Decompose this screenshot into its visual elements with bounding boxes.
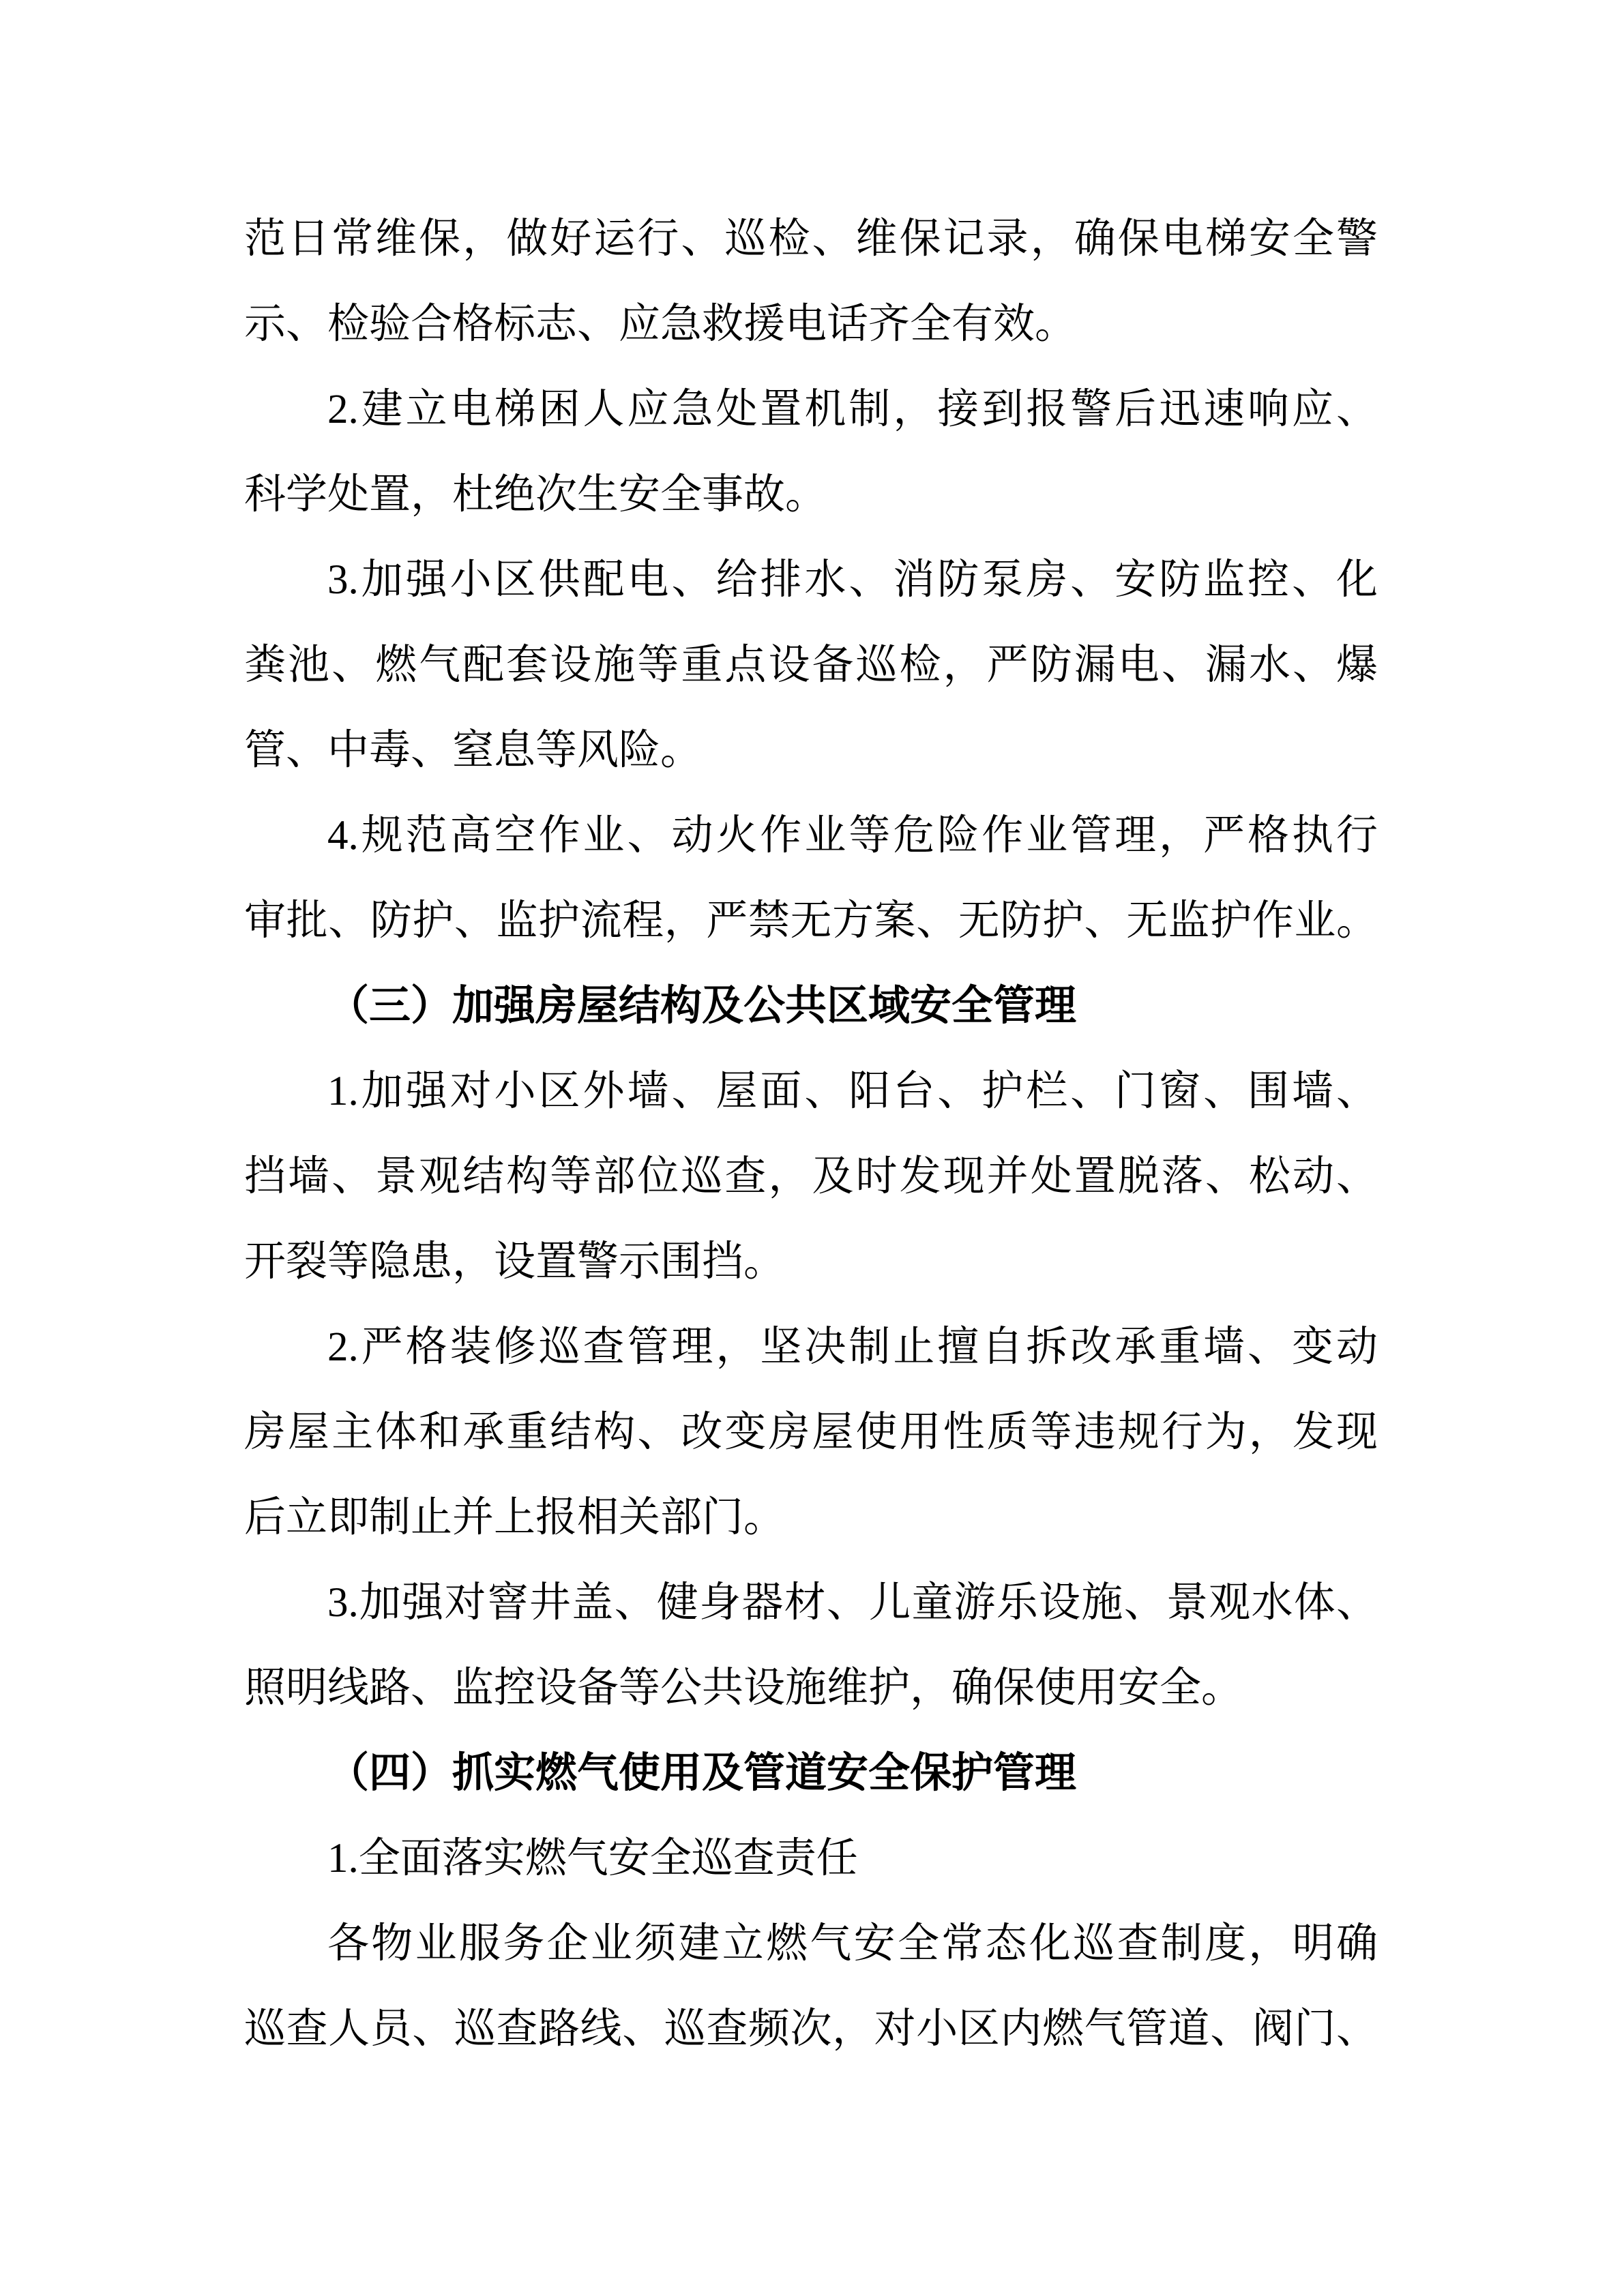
text-line: 各物业服务企业须建立燃气安全常态化巡查制度，明确 [244, 1901, 1378, 1986]
text-line: 管、中毒、窒息等风险。 [244, 708, 1378, 793]
document-page: 范日常维保，做好运行、巡检、维保记录，确保电梯安全警示、检验合格标志、应急救援电… [0, 0, 1624, 2296]
text-line: 1.加强对小区外墙、屋面、阳台、护栏、门窗、围墙、 [244, 1049, 1378, 1134]
text-line: 开裂等隐患，设置警示围挡。 [244, 1219, 1378, 1304]
text-line: 3.加强对窨井盖、健身器材、儿童游乐设施、景观水体、 [244, 1560, 1378, 1645]
text-line: 后立即制止并上报相关部门。 [244, 1475, 1378, 1560]
text-line: 范日常维保，做好运行、巡检、维保记录，确保电梯安全警 [244, 196, 1378, 282]
text-line: 照明线路、监控设备等公共设施维护，确保使用安全。 [244, 1645, 1378, 1731]
text-line: 审批、防护、监护流程，严禁无方案、无防护、无监护作业。 [244, 878, 1378, 964]
text-line: 房屋主体和承重结构、改变房屋使用性质等违规行为，发现 [244, 1390, 1378, 1475]
text-line: 示、检验合格标志、应急救援电话齐全有效。 [244, 282, 1378, 367]
text-line: 巡查人员、巡查路线、巡查频次，对小区内燃气管道、阀门、 [244, 1986, 1378, 2072]
text-line: 1.全面落实燃气安全巡查责任 [244, 1816, 1378, 1901]
section-heading-line: （四）抓实燃气使用及管道安全保护管理 [244, 1731, 1378, 1816]
text-line: 3.加强小区供配电、给排水、消防泵房、安防监控、化 [244, 537, 1378, 623]
text-line: 2.严格装修巡查管理，坚决制止擅自拆改承重墙、变动 [244, 1304, 1378, 1390]
text-line: 2.建立电梯困人应急处置机制，接到报警后迅速响应、 [244, 367, 1378, 452]
text-line: 科学处置，杜绝次生安全事故。 [244, 452, 1378, 537]
document-body: 范日常维保，做好运行、巡检、维保记录，确保电梯安全警示、检验合格标志、应急救援电… [244, 196, 1378, 2072]
section-heading-line: （三）加强房屋结构及公共区域安全管理 [244, 964, 1378, 1049]
text-line: 挡墙、景观结构等部位巡查，及时发现并处置脱落、松动、 [244, 1134, 1378, 1219]
text-line: 粪池、燃气配套设施等重点设备巡检，严防漏电、漏水、爆 [244, 623, 1378, 708]
text-line: 4.规范高空作业、动火作业等危险作业管理，严格执行 [244, 793, 1378, 878]
